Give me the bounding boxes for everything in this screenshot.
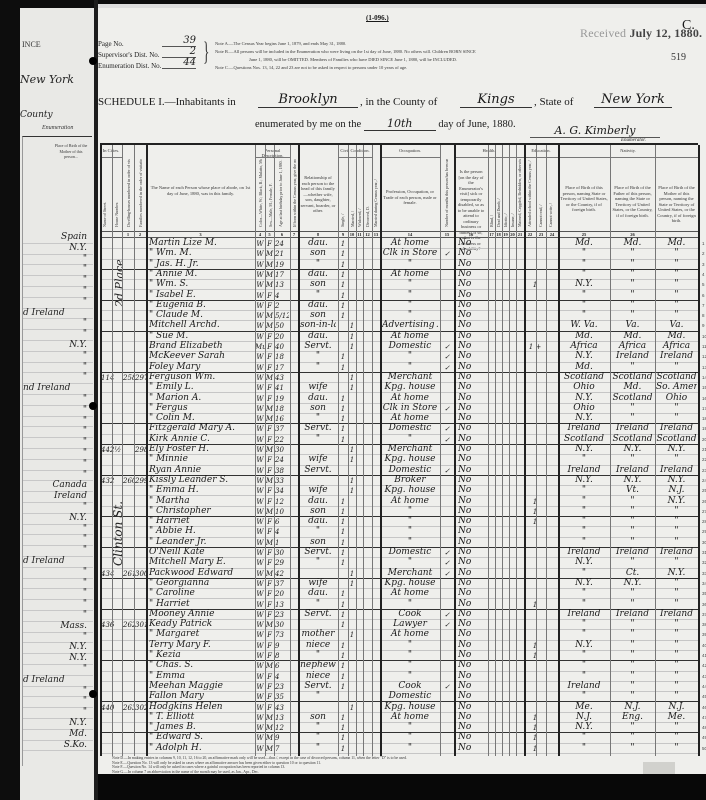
sex-cell: F	[265, 364, 274, 372]
age-cell: 43	[275, 704, 289, 712]
birthplace-cell: "	[559, 248, 609, 258]
column-number: 16	[454, 232, 488, 237]
column-number: 22	[524, 232, 536, 237]
birthplace-cell: "	[559, 650, 609, 660]
color-cell: W	[255, 374, 265, 382]
birthplace-cell: "	[559, 496, 609, 506]
page-top-edge	[98, 4, 706, 8]
single-cell: 1	[338, 601, 348, 609]
single-cell: 1	[338, 642, 348, 650]
birthplace-cell: Ohio	[559, 403, 609, 413]
header-father-birthplace: Place of Birth of the Father of this per…	[612, 185, 653, 218]
father-birthplace-cell: Va.	[611, 320, 654, 330]
left-page-cell: Spain	[61, 232, 87, 242]
birthplace-cell: Md.	[559, 362, 609, 372]
name-cell: Kirk Annie C.	[149, 434, 254, 444]
header-relationship: Relationship of each person to the head …	[300, 175, 336, 214]
name-cell: " Caroline	[149, 588, 254, 598]
left-page-enumerator-fragment: Enumeration	[42, 125, 73, 131]
left-page-cell: Ireland	[54, 491, 87, 501]
sick-cell: No	[458, 588, 488, 598]
line-number: 35	[702, 591, 706, 596]
line-number: 5	[702, 282, 705, 287]
relationship-cell: son	[300, 403, 336, 413]
enumeration-district-value: 44	[162, 57, 196, 69]
left-page-cell: "	[83, 264, 87, 274]
single-cell: 1	[338, 364, 348, 372]
header-deaf-dumb: Deaf and Dumb, /	[496, 193, 501, 227]
sick-cell: No	[458, 547, 488, 557]
birthplace-cell: N.Y.	[559, 279, 609, 289]
sick-cell: No	[458, 279, 488, 289]
name-cell: " Minnie	[149, 454, 254, 464]
sick-cell: No	[458, 403, 488, 413]
column-number: 25	[558, 232, 610, 237]
name-cell: McKeever Sarah	[149, 351, 254, 361]
father-birthplace-cell: Md.	[611, 238, 654, 248]
school-cell: 1	[524, 652, 546, 660]
father-birthplace-cell: "	[611, 671, 654, 681]
married-cell: 1	[348, 384, 356, 392]
header-insane: Insane, /	[510, 193, 515, 227]
name-cell: " Eugenia B.	[149, 300, 254, 310]
mother-birthplace-cell: "	[656, 671, 697, 681]
line-number: 33	[702, 571, 706, 576]
column-rule	[698, 145, 700, 756]
line-number: 1	[702, 241, 705, 246]
color-cell: W	[255, 333, 265, 341]
color-cell: W	[255, 436, 265, 444]
sick-cell: No	[458, 743, 488, 753]
sex-cell: F	[265, 652, 274, 660]
mother-birthplace-cell: Scotland	[656, 372, 697, 382]
sick-cell: No	[458, 331, 488, 341]
column-number: 15	[440, 232, 454, 237]
name-cell: Brand Elizabeth	[149, 341, 254, 351]
birthplace-cell: "	[559, 485, 609, 495]
single-cell: 1	[338, 436, 348, 444]
birthplace-cell: "	[559, 454, 609, 464]
relationship-cell: "	[300, 722, 336, 732]
single-cell: 1	[338, 508, 348, 516]
occupation-cell: Kpg. house	[382, 454, 438, 464]
sick-cell: No	[458, 660, 488, 670]
mother-birthplace-cell: "	[656, 290, 697, 300]
line-number: 15	[702, 385, 706, 390]
header-dwelling: Dwelling-houses numbered in order of vis…	[126, 159, 131, 227]
relationship-cell: dau.	[300, 516, 336, 526]
age-cell: 6	[275, 662, 289, 670]
name-cell: " Chas. S.	[149, 660, 254, 670]
birthplace-cell: "	[559, 629, 609, 639]
sick-cell: No	[458, 454, 488, 464]
relationship-cell: dau.	[300, 300, 336, 310]
mother-birthplace-cell: So. America	[656, 382, 697, 392]
header-cannot-write: Cannot write, /	[548, 193, 553, 227]
unemployed-cell: ✓	[440, 549, 454, 557]
left-page-cell: N.Y.	[69, 513, 87, 523]
birthplace-cell: "	[559, 588, 609, 598]
age-cell: 13	[275, 714, 289, 722]
supervisor-district-label: Supervisor's Dist. No.	[98, 51, 160, 59]
column-number: 17	[488, 232, 495, 237]
school-cell: 1	[524, 281, 546, 289]
mother-birthplace-cell: "	[656, 619, 697, 629]
relationship-cell: "	[300, 290, 336, 300]
relationship-cell: "	[300, 599, 336, 609]
name-cell: " Emma	[149, 671, 254, 681]
relationship-cell: Servt.	[300, 465, 336, 475]
married-cell: 1	[348, 343, 356, 351]
single-cell: 1	[338, 724, 348, 732]
left-page-cell: Canada	[52, 480, 87, 490]
left-page-cell: "	[83, 405, 87, 415]
name-cell: " Leander Jr.	[149, 537, 254, 547]
father-birthplace-cell: "	[611, 691, 654, 701]
birthplace-cell: N.Y.	[559, 444, 609, 454]
father-birthplace-cell: "	[611, 640, 654, 650]
mother-birthplace-cell: "	[656, 722, 697, 732]
father-birthplace-cell: Scotland	[611, 393, 654, 403]
sex-cell: F	[265, 302, 274, 310]
left-page-cell: nd Ireland	[23, 383, 70, 393]
district-info: Page No. 39 Supervisor's Dist. No. 2 Enu…	[98, 38, 208, 71]
mother-birthplace-cell: "	[656, 362, 697, 372]
color-cell: W	[255, 508, 265, 516]
school-cell: 1	[524, 601, 546, 609]
left-page-cell: "	[83, 610, 87, 620]
age-cell: 12	[275, 724, 289, 732]
brace: }	[203, 39, 209, 65]
occupation-cell: "	[382, 743, 438, 753]
sick-cell: No	[458, 578, 488, 588]
relationship-cell: "	[300, 526, 336, 536]
married-cell: 1	[348, 704, 356, 712]
header-sex: Sex—Male, M.; Female, F.	[268, 159, 273, 227]
relationship-cell: "	[300, 413, 336, 423]
father-birthplace-cell: "	[611, 454, 654, 464]
age-cell: 2	[275, 302, 289, 310]
occupation-cell: Kpg. house	[382, 578, 438, 588]
mother-birthplace-cell: "	[656, 516, 697, 526]
sex-cell: F	[265, 467, 274, 475]
age-cell: 4	[275, 673, 289, 681]
age-cell: 23	[275, 683, 289, 691]
relationship-cell: "	[300, 743, 336, 753]
name-cell: Terry Mary F.	[149, 640, 254, 650]
occupation-cell: "	[382, 671, 438, 681]
sick-cell: No	[458, 506, 488, 516]
father-birthplace-cell: "	[611, 310, 654, 320]
age-cell: 18	[275, 405, 289, 413]
left-page-cell: "	[83, 632, 87, 642]
age-cell: 21	[275, 250, 289, 258]
occupation-cell: "	[382, 290, 438, 300]
received-stamp: Received July 12, 1880.	[580, 26, 702, 41]
left-page-cell: "	[83, 599, 87, 609]
left-page-row: S.Ko.	[23, 741, 93, 752]
column-rule	[363, 145, 364, 756]
line-number: 50	[702, 746, 706, 751]
left-page-header-fragment: INCE	[22, 40, 41, 49]
sick-cell: No	[458, 516, 488, 526]
line-number: 17	[702, 406, 706, 411]
column-rule	[380, 145, 382, 756]
age-cell: 73	[275, 631, 289, 639]
left-page-cell: "	[83, 567, 87, 577]
header-maimed: Maimed, Crippled, Bedridden, or otherwis…	[517, 159, 522, 227]
birthplace-cell: N.Y.	[559, 640, 609, 650]
column-rule	[372, 145, 373, 756]
mother-birthplace-cell: "	[656, 537, 697, 547]
age-cell: 37	[275, 580, 289, 588]
name-cell: " Colin M.	[149, 413, 254, 423]
enumerated-suffix: day of June, 1880.	[438, 119, 515, 130]
column-number: 14	[380, 232, 440, 237]
sick-cell: No	[458, 629, 488, 639]
birthplace-cell: Ireland	[559, 681, 609, 691]
name-cell: " James B.	[149, 722, 254, 732]
color-cell: W	[255, 590, 265, 598]
line-number: 19	[702, 426, 706, 431]
color-cell: W	[255, 281, 265, 289]
relationship-cell: son-in-law	[300, 320, 336, 330]
mother-birthplace-cell: "	[656, 640, 697, 650]
column-rule	[509, 145, 510, 756]
mother-birthplace-cell: "	[656, 557, 697, 567]
left-page-cell: "	[83, 534, 87, 544]
mother-birthplace-cell: "	[656, 660, 697, 670]
column-number: 13	[372, 232, 380, 237]
name-cell: " Sue M.	[149, 331, 254, 341]
sick-cell: No	[458, 248, 488, 258]
header-family: Families numbered in the order of visita…	[138, 159, 143, 227]
relationship-cell: Servt.	[300, 341, 336, 351]
single-cell: 1	[338, 549, 348, 557]
unemployed-cell: ✓	[440, 405, 454, 413]
mother-birthplace-cell: "	[656, 454, 697, 464]
header-group-education: Education.	[524, 148, 558, 158]
state-field: New York	[594, 92, 672, 108]
color-cell: W	[255, 693, 265, 701]
mother-birthplace-cell: "	[656, 300, 697, 310]
relationship-cell: dau.	[300, 496, 336, 506]
single-cell: 1	[338, 353, 348, 361]
relationship-cell: son	[300, 248, 336, 258]
header-occupation: Profession, Occupation, or Trade of each…	[382, 189, 438, 206]
father-birthplace-cell: "	[611, 732, 654, 742]
sex-cell: M	[265, 405, 274, 413]
header-age: Age at last birthday prior to June 1, 18…	[278, 159, 283, 227]
note-b-continued: June 1, 1880, will be OMITTED. Members o…	[215, 56, 615, 64]
left-page-cell: "	[83, 588, 87, 598]
birthplace-cell: "	[559, 259, 609, 269]
name-cell: " Kezia	[149, 650, 254, 660]
color-cell: W	[255, 621, 265, 629]
school-cell: 1	[524, 745, 546, 753]
relationship-cell: "	[300, 351, 336, 361]
occupation-cell: "	[382, 640, 438, 650]
color-cell: W	[255, 456, 265, 464]
age-cell: 6	[275, 518, 289, 526]
age-cell: 50	[275, 322, 289, 330]
birthplace-cell: "	[559, 743, 609, 753]
left-page-cell: "	[83, 664, 87, 674]
relationship-cell: dau.	[300, 269, 336, 279]
form-code: (1-096.)	[366, 14, 389, 22]
relationship-cell: son	[300, 279, 336, 289]
age-cell: 20	[275, 333, 289, 341]
mother-birthplace-cell: Scotland	[656, 434, 697, 444]
line-number: 23	[702, 468, 706, 473]
left-page-cell: "	[83, 351, 87, 361]
mother-birthplace-cell: Md.	[656, 238, 697, 248]
married-cell: 1	[348, 477, 356, 485]
left-page-cell: "	[83, 254, 87, 264]
left-page-cell: "	[83, 372, 87, 382]
single-cell: 1	[338, 425, 348, 433]
header-group-occupation: Occupation.	[380, 148, 440, 158]
line-number: 11	[702, 344, 706, 349]
line-number: 7	[702, 303, 705, 308]
school-cell: 1	[524, 508, 546, 516]
left-page-state-fragment: New York	[20, 73, 74, 86]
occupation-cell: At home	[382, 712, 438, 722]
mother-birthplace-cell: "	[656, 578, 697, 588]
relationship-cell: "	[300, 691, 336, 701]
column-number: 11	[356, 232, 363, 237]
sick-cell: No	[458, 691, 488, 701]
single-cell: 1	[338, 498, 348, 506]
line-number: 49	[702, 735, 706, 740]
name-cell: " Jas. H. Jr.	[149, 259, 254, 269]
occupation-cell: At home	[382, 629, 438, 639]
father-birthplace-cell: "	[611, 362, 654, 372]
color-cell: W	[255, 549, 265, 557]
mother-birthplace-cell: Ireland	[656, 351, 697, 361]
column-number: 4	[255, 232, 265, 237]
mother-birthplace-cell: "	[656, 506, 697, 516]
column-number: 26	[610, 232, 655, 237]
instruction-notes: Note A.—The Census Year begins June 1, 1…	[215, 40, 615, 72]
sick-cell: No	[458, 681, 488, 691]
sex-cell: M	[265, 446, 274, 454]
sick-cell: No	[458, 259, 488, 269]
received-stamp-date: July 12, 1880.	[629, 26, 702, 40]
color-cell: W	[255, 240, 265, 248]
header-street: Name of Street.	[102, 165, 107, 227]
mother-birthplace-cell: "	[656, 403, 697, 413]
sex-cell: F	[265, 642, 274, 650]
single-cell: 1	[338, 734, 348, 742]
left-page-cell: N.Y.	[69, 243, 87, 253]
sex-cell: M	[265, 714, 274, 722]
single-cell: 1	[338, 652, 348, 660]
single-cell: 1	[338, 745, 348, 753]
color-cell: W	[255, 714, 265, 722]
left-page-cell: "	[83, 524, 87, 534]
father-birthplace-cell: Ct.	[611, 568, 654, 578]
color-cell: W	[255, 601, 265, 609]
mother-birthplace-cell: "	[656, 650, 697, 660]
age-cell: 22	[275, 436, 289, 444]
father-birthplace-cell: N.J.	[611, 702, 654, 712]
sex-cell: F	[265, 343, 274, 351]
name-cell: Fitzgerald Mary A.	[149, 423, 254, 433]
column-rule	[558, 145, 560, 756]
father-birthplace-cell: "	[611, 403, 654, 413]
unemployed-cell: ✓	[440, 353, 454, 361]
sex-cell: M	[265, 662, 274, 670]
married-cell: 1	[348, 374, 356, 382]
sick-cell: No	[458, 496, 488, 506]
age-cell: 17	[275, 271, 289, 279]
enumeration-district-row: Enumeration Dist. No. 44	[98, 60, 208, 71]
name-cell: " Edward S.	[149, 732, 254, 742]
header-blind: Blind, /	[489, 193, 494, 227]
age-cell: 18	[275, 353, 289, 361]
sex-cell: M	[265, 734, 274, 742]
name-cell: Kissly Leander S.	[149, 475, 254, 485]
occupation-cell: Domestic	[382, 465, 438, 475]
name-cell: " Harriet	[149, 599, 254, 609]
sex-cell: F	[265, 518, 274, 526]
mother-birthplace-cell: N.J.	[656, 485, 697, 495]
occupation-cell: "	[382, 526, 438, 536]
binding-rivet	[89, 57, 97, 65]
father-birthplace-cell: Eng.	[611, 712, 654, 722]
single-cell: 1	[338, 528, 348, 536]
sick-cell: No	[458, 557, 488, 567]
page-number-label: Page No.	[98, 40, 124, 48]
age-cell: 19	[275, 395, 289, 403]
sick-cell: No	[458, 269, 488, 279]
name-cell: " Isabel E.	[149, 290, 254, 300]
age-cell: 29	[275, 559, 289, 567]
sick-cell: No	[458, 609, 488, 619]
sick-cell: No	[458, 732, 488, 742]
mother-birthplace-cell: Ireland	[656, 423, 697, 433]
line-number: 24	[702, 478, 706, 483]
relationship-cell: Servt.	[300, 547, 336, 557]
relationship-cell: Servt.	[300, 609, 336, 619]
mother-birthplace-cell: "	[656, 269, 697, 279]
occupation-cell: Domestic	[382, 691, 438, 701]
sick-cell: No	[458, 310, 488, 320]
column-rule	[298, 145, 300, 756]
occupation-cell: "	[382, 259, 438, 269]
age-cell: 5/12	[275, 312, 289, 320]
color-cell: W	[255, 570, 265, 578]
line-number: 34	[702, 581, 706, 586]
single-cell: 1	[338, 518, 348, 526]
sick-cell: No	[458, 290, 488, 300]
father-birthplace-cell: "	[611, 269, 654, 279]
sex-cell: F	[265, 487, 274, 495]
mother-birthplace-cell: Ireland	[656, 609, 697, 619]
left-page-cell: "	[83, 275, 87, 285]
sex-cell: M	[265, 261, 274, 269]
left-page-cell: N.Y.	[69, 340, 87, 350]
relationship-cell: son	[300, 537, 336, 547]
age-cell: 16	[275, 415, 289, 423]
county-label: , in the County of	[360, 96, 437, 108]
relationship-cell: son	[300, 310, 336, 320]
column-rule	[488, 145, 489, 756]
sick-cell: No	[458, 413, 488, 423]
age-cell: 17	[275, 364, 289, 372]
name-cell: Ryan Annie	[149, 465, 254, 475]
